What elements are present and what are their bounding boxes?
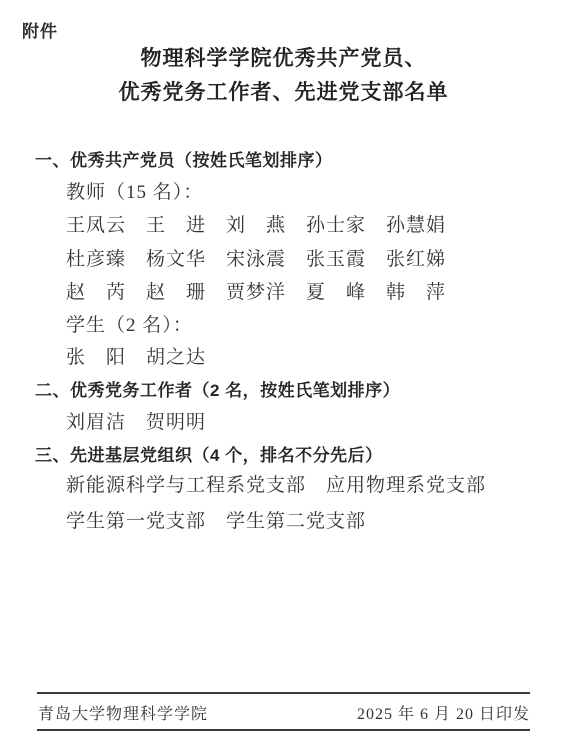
student-names-row: 张 阳 胡之达 [66, 342, 206, 369]
attachment-label: 附件 [22, 17, 58, 42]
teacher-names-row-1: 王凤云 王 进 刘 燕 孙士家 孙慧娟 [66, 210, 446, 237]
branch-names-row-2: 学生第一党支部 学生第二党支部 [66, 506, 366, 533]
branch-names-row-1: 新能源科学与工程系党支部 应用物理系党支部 [66, 470, 486, 497]
document-title: 物理科学学院优秀共产党员、 优秀党务工作者、先进党支部名单 [0, 42, 567, 110]
footer-print-date: 2025 年 6 月 20 日印发 [357, 701, 530, 724]
footer-rule-top [37, 692, 530, 694]
footer-rule-bottom [37, 729, 530, 731]
document-title-line-2: 优秀党务工作者、先进党支部名单 [119, 81, 449, 104]
party-worker-names-row: 刘眉洁 贺明明 [66, 407, 206, 434]
section-2-heading: 二、优秀党务工作者（2 名，按姓氏笔划排序） [35, 376, 400, 401]
student-count-label: 学生（2 名）： [66, 310, 193, 337]
teacher-count-label: 教师（15 名）： [66, 177, 203, 204]
document-title-line-1: 物理科学学院优秀共产党员、 [141, 47, 427, 70]
teacher-names-row-3: 赵 芮 赵 珊 贾梦洋 夏 峰 韩 萍 [66, 277, 446, 304]
section-1-heading: 一、优秀共产党员（按姓氏笔划排序） [35, 146, 333, 171]
footer: 青岛大学物理科学学院 2025 年 6 月 20 日印发 [38, 701, 530, 724]
section-3-heading: 三、先进基层党组织（4 个，排名不分先后） [35, 441, 383, 466]
teacher-names-row-2: 杜彦臻 杨文华 宋泳震 张玉霞 张红娣 [66, 244, 446, 271]
document-page: 附件 物理科学学院优秀共产党员、 优秀党务工作者、先进党支部名单 一、优秀共产党… [0, 0, 567, 747]
footer-issuer: 青岛大学物理科学学院 [38, 701, 208, 724]
